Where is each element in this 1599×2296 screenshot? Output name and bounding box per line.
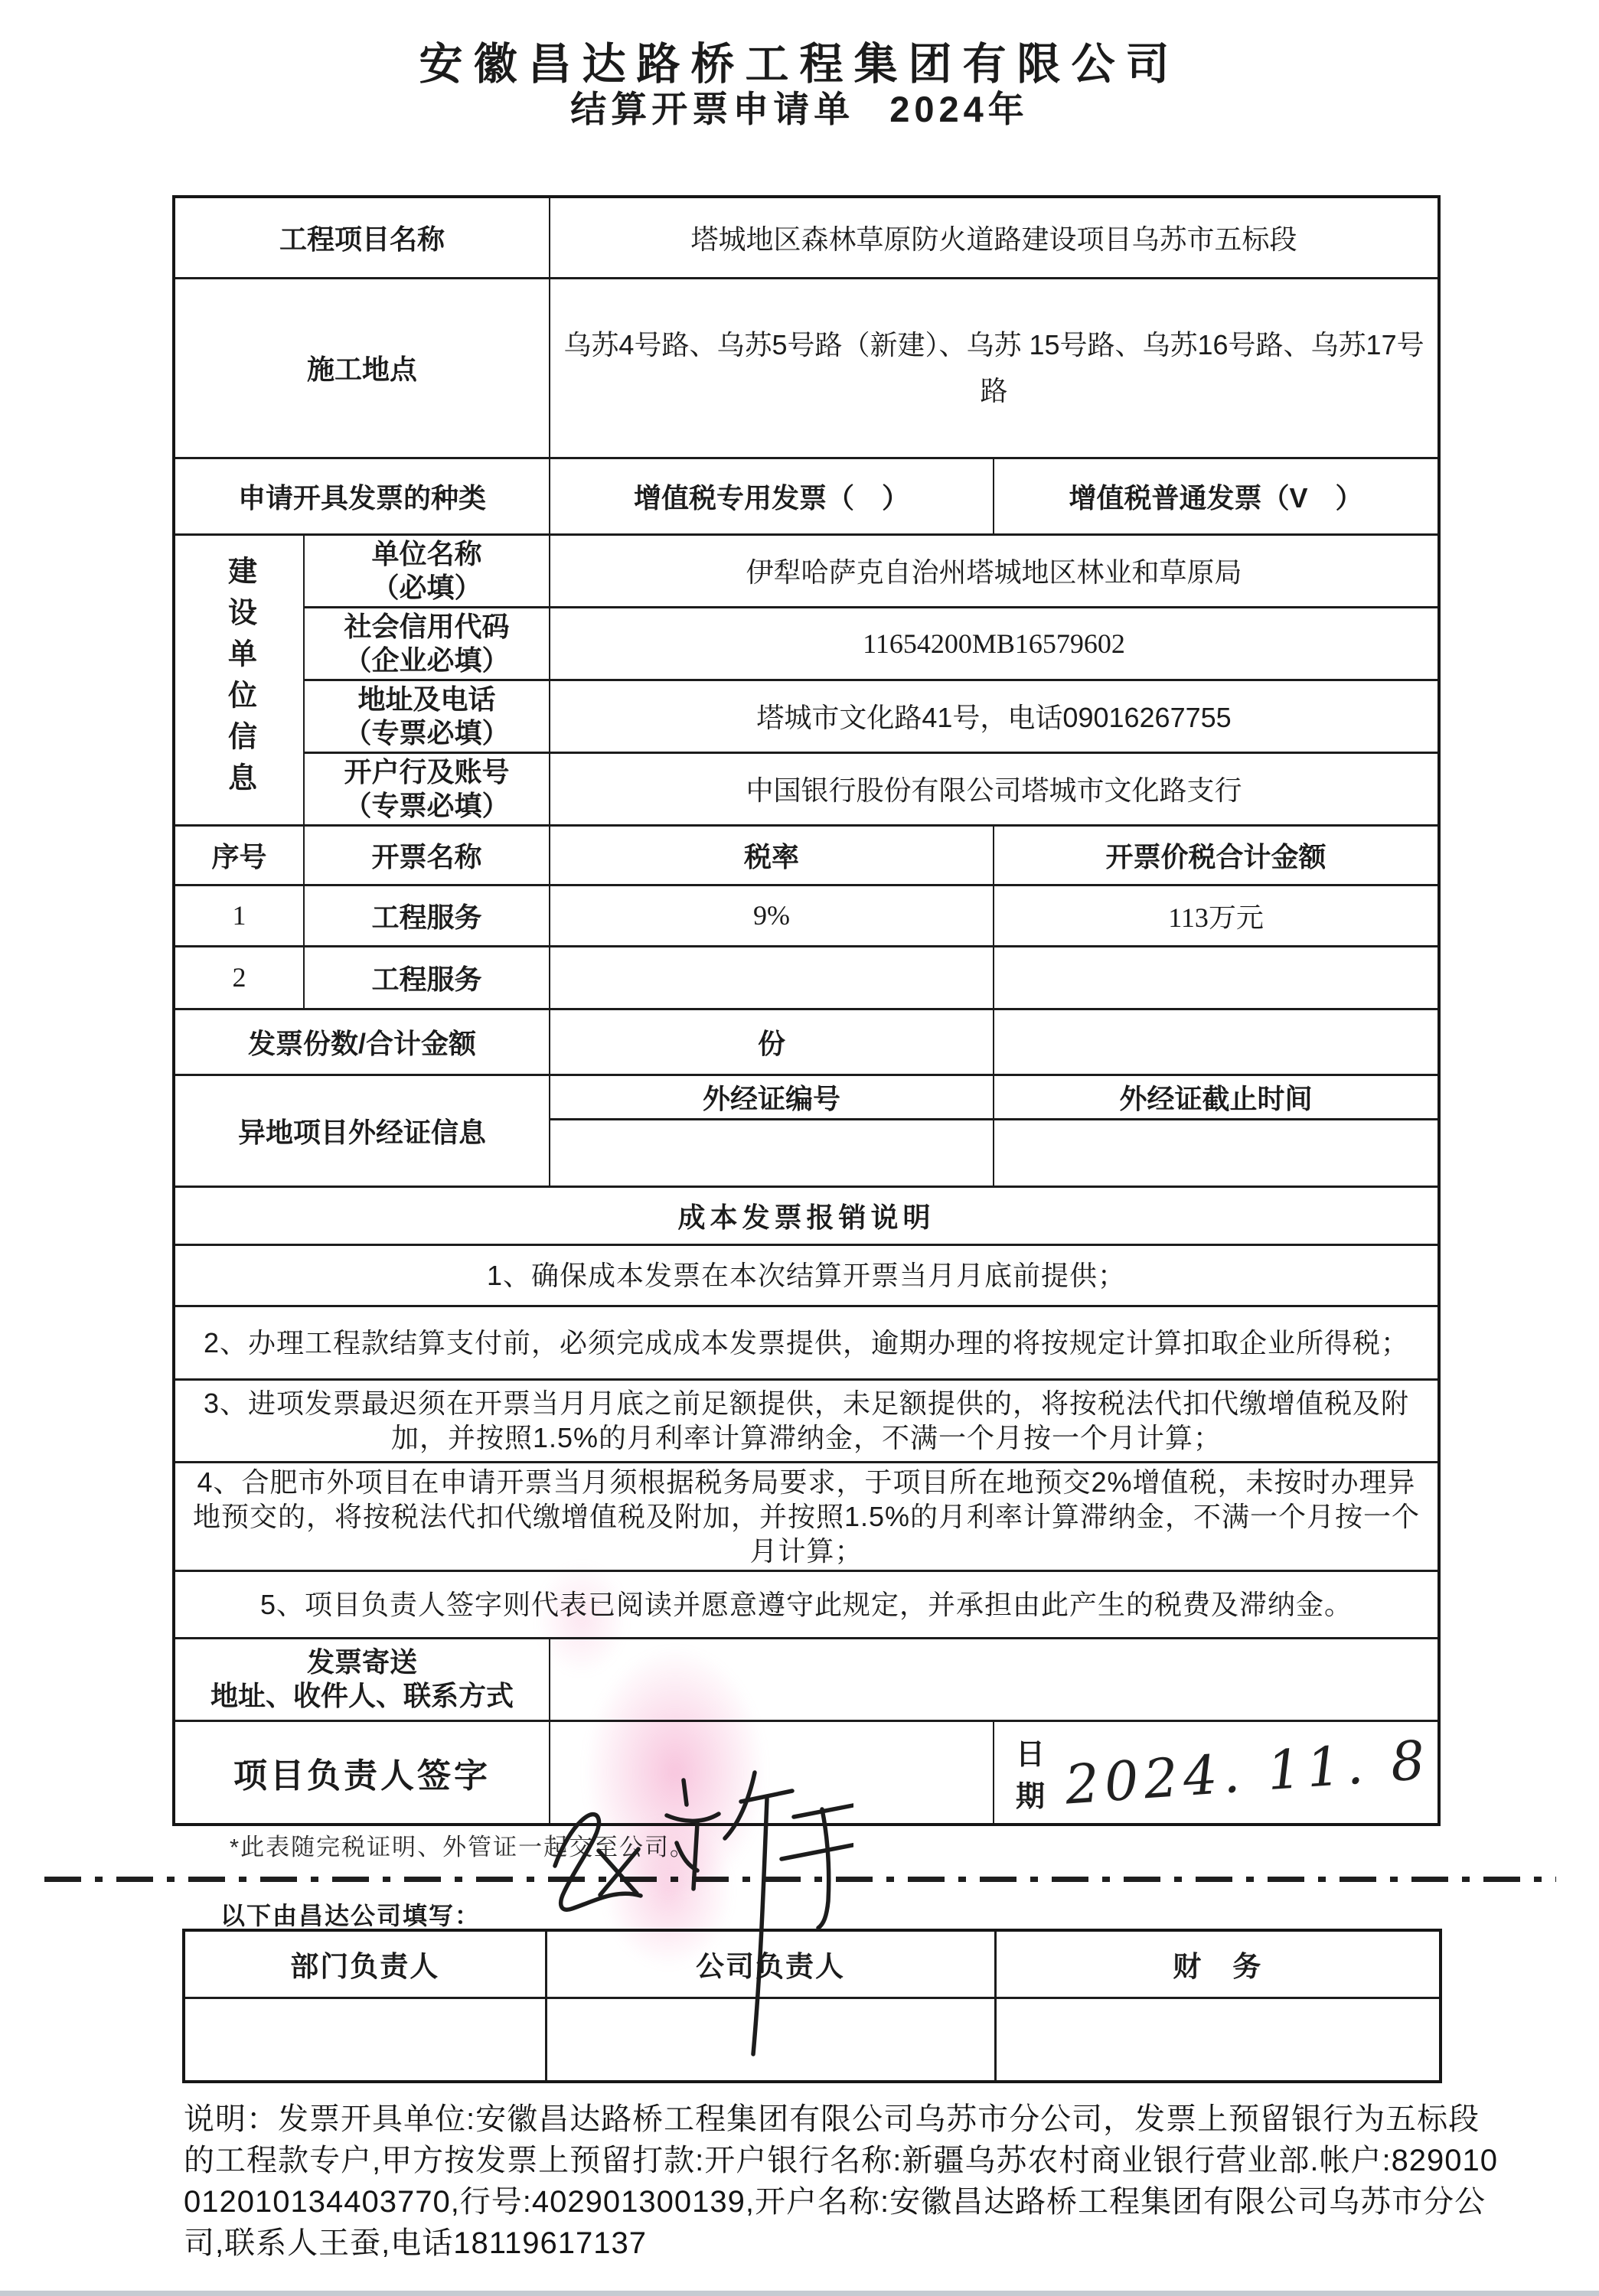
row-owner-bank: 开户行及账号 （专票必填） 中国银行股份有限公司塔城市文化路支行	[174, 752, 1439, 825]
row-project-name: 工程项目名称 塔城地区森林草原防火道路建设项目乌苏市五标段	[174, 197, 1439, 278]
approval-dept-value	[184, 1998, 546, 2082]
remote-cert-deadline-value	[994, 1119, 1439, 1186]
cost-note-5: 5、项目负责人签字则代表已阅读并愿意遵守此规定，并承担由此产生的税费及滞纳金。	[174, 1570, 1439, 1638]
row-mailing: 发票寄送 地址、收件人、联系方式	[174, 1638, 1439, 1720]
sign-label: 项目负责人签字	[174, 1720, 550, 1825]
row-note-4: 4、合肥市外项目在申请开票当月须根据税务局要求，于项目所在地预交2%增值税，未按…	[174, 1462, 1439, 1570]
fill-below-label: 以下由昌达公司填写：	[220, 1896, 481, 1932]
item1-amount: 113万元	[994, 885, 1439, 946]
owner-group-label: 建设单位信息	[225, 556, 254, 804]
row-signature: 项目负责人签字 赵新平 日期 2024. 11. 8	[174, 1720, 1439, 1825]
owner-bank-value: 中国银行股份有限公司塔城市文化路支行	[550, 752, 1439, 825]
row-owner-code: 社会信用代码 （企业必填） 11654200MB16579602	[174, 607, 1439, 680]
items-header-seq: 序号	[174, 825, 304, 885]
approval-dept-label: 部门负责人	[184, 1930, 546, 1998]
project-name-value: 塔城地区森林草原防火道路建设项目乌苏市五标段	[550, 197, 1439, 278]
owner-address-value: 塔城市文化路41号，电话09016267755	[550, 680, 1439, 752]
owner-code-value: 11654200MB16579602	[550, 607, 1439, 680]
approval-header-row: 部门负责人 公司负责人 财 务	[184, 1930, 1441, 1998]
row-copies: 发票份数/合计金额 份	[174, 1009, 1439, 1075]
mailing-label: 发票寄送 地址、收件人、联系方式	[174, 1638, 550, 1720]
owner-name-value: 伊犁哈萨克自治州塔城地区林业和草原局	[550, 534, 1439, 607]
item1-name: 工程服务	[304, 885, 550, 946]
signature-cell: 赵新平	[550, 1720, 994, 1825]
remote-cert-deadline-label: 外经证截止时间	[994, 1075, 1439, 1119]
owner-address-label: 地址及电话 （专票必填）	[304, 680, 550, 752]
cost-note-2: 2、办理工程款结算支付前，必须完成成本发票提供，逾期办理的将按规定计算扣取企业所…	[174, 1306, 1439, 1379]
date-cell: 日期 2024. 11. 8	[994, 1720, 1439, 1825]
mailing-value	[550, 1638, 1439, 1720]
remote-cert-no-value	[550, 1119, 994, 1186]
date-label: 日期	[1016, 1730, 1045, 1815]
dashed-divider	[44, 1877, 1556, 1882]
row-note-1: 1、确保成本发票在本次结算开票当月月底前提供；	[174, 1244, 1439, 1306]
owner-bank-label: 开户行及账号 （专票必填）	[304, 752, 550, 825]
items-header-rate: 税率	[550, 825, 994, 885]
invoice-kind-special: 增值税专用发票（ ）	[550, 458, 994, 534]
invoice-kind-general: 增值税普通发票（V ）	[994, 458, 1439, 534]
approval-empty-row	[184, 1998, 1441, 2082]
row-note-5: 5、项目负责人签字则代表已阅读并愿意遵守此规定，并承担由此产生的税费及滞纳金。	[174, 1570, 1439, 1638]
cost-note-4: 4、合肥市外项目在申请开票当月须根据税务局要求，于项目所在地预交2%增值税，未按…	[174, 1462, 1439, 1570]
row-invoice-kind: 申请开具发票的种类 增值税专用发票（ ） 增值税普通发票（V ）	[174, 458, 1439, 534]
remote-cert-no-label: 外经证编号	[550, 1075, 994, 1119]
row-owner-address: 地址及电话 （专票必填） 塔城市文化路41号，电话09016267755	[174, 680, 1439, 752]
owner-group-cell: 建设单位信息	[174, 534, 304, 825]
location-value: 乌苏4号路、乌苏5号路（新建）、乌苏 15号路、乌苏16号路、乌苏17号路	[550, 278, 1439, 458]
cost-note-3: 3、进项发票最迟须在开票当月月底之前足额提供，未足额提供的，将按税法代扣代缴增值…	[174, 1379, 1439, 1462]
items-header-name: 开票名称	[304, 825, 550, 885]
item1-seq: 1	[174, 885, 304, 946]
approval-company-value	[546, 1998, 995, 2082]
cost-note-1: 1、确保成本发票在本次结算开票当月月底前提供；	[174, 1244, 1439, 1306]
footer-remark: 说明：发票开具单位:安徽昌达路桥工程集团有限公司乌苏市分公司，发票上预留银行为五…	[184, 2099, 1503, 2264]
row-remote-cert-header: 异地项目外经证信息 外经证编号 外经证截止时间	[174, 1075, 1439, 1119]
copies-unit: 份	[550, 1009, 994, 1075]
approval-finance-value	[995, 1998, 1441, 2082]
approval-table: 部门负责人 公司负责人 财 务	[182, 1929, 1442, 2083]
remote-cert-label: 异地项目外经证信息	[174, 1075, 550, 1186]
row-note-3: 3、进项发票最迟须在开票当月月底之前足额提供，未足额提供的，将按税法代扣代缴增值…	[174, 1379, 1439, 1462]
item2-seq: 2	[174, 946, 304, 1009]
row-note-2: 2、办理工程款结算支付前，必须完成成本发票提供，逾期办理的将按规定计算扣取企业所…	[174, 1306, 1439, 1379]
approval-finance-label: 财 务	[995, 1930, 1441, 1998]
items-header-amount: 开票价税合计金额	[994, 825, 1439, 885]
item2-name: 工程服务	[304, 946, 550, 1009]
table-row-item-2: 2 工程服务	[174, 946, 1439, 1009]
item1-rate: 9%	[550, 885, 994, 946]
cost-note-title: 成本发票报销说明	[174, 1186, 1439, 1244]
owner-code-label: 社会信用代码 （企业必填）	[304, 607, 550, 680]
copies-amount	[994, 1009, 1439, 1075]
form-title: 结算开票申请单2024年	[0, 81, 1599, 132]
item2-amount	[994, 946, 1439, 1009]
item2-rate	[550, 946, 994, 1009]
scan-edge	[0, 2291, 1599, 2296]
project-name-label: 工程项目名称	[174, 197, 550, 278]
owner-name-label: 单位名称 （必填）	[304, 534, 550, 607]
attach-note: *此表随完税证明、外管证一起交至公司。	[230, 1828, 695, 1862]
form-year: 2024年	[889, 89, 1029, 129]
handwritten-date: 2024. 11. 8	[1063, 1728, 1432, 1816]
row-items-header: 序号 开票名称 税率 开票价税合计金额	[174, 825, 1439, 885]
row-location: 施工地点 乌苏4号路、乌苏5号路（新建）、乌苏 15号路、乌苏16号路、乌苏17…	[174, 278, 1439, 458]
form-title-text: 结算开票申请单	[570, 89, 854, 129]
row-owner-name: 建设单位信息 单位名称 （必填） 伊犁哈萨克自治州塔城地区林业和草原局	[174, 534, 1439, 607]
invoice-kind-label: 申请开具发票的种类	[174, 458, 550, 534]
approval-company-label: 公司负责人	[546, 1930, 995, 1998]
row-cost-title: 成本发票报销说明	[174, 1186, 1439, 1244]
copies-label: 发票份数/合计金额	[174, 1009, 550, 1075]
table-row-item-1: 1 工程服务 9% 113万元	[174, 885, 1439, 946]
application-form-table: 工程项目名称 塔城地区森林草原防火道路建设项目乌苏市五标段 施工地点 乌苏4号路…	[172, 195, 1441, 1826]
location-label: 施工地点	[174, 278, 550, 458]
